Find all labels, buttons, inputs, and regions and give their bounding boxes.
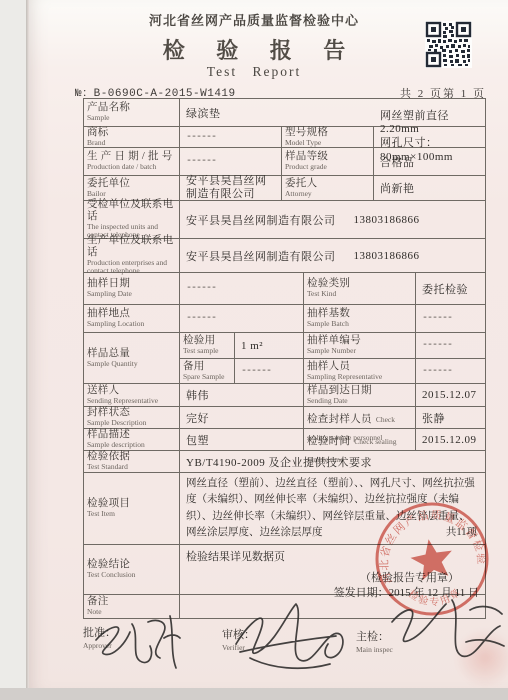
row-brand-model: 商标 Brand ------ 型号规格 Model Type 网丝塑前直径 2…: [84, 126, 485, 147]
subrow-spare-sample: 备用 Spare Sample ------ 抽样人员 Sampling Rep…: [179, 358, 485, 383]
label-sending-representative: 送样人 Sending Representative: [84, 384, 179, 406]
label-sampling-representative: 抽样人员 Sampling Representative: [303, 359, 415, 383]
row-test-conclusion: 检验结论 Test Conclusion 检验结果详见数据页 （检验报告专用章）…: [84, 544, 485, 594]
row-sample-quantity: 样品总量 Sample Quantity 检验用 Test sample 1 m…: [84, 332, 485, 383]
label-production-date: 生 产 日 期 / 批 号 Production date / batch: [84, 148, 179, 175]
paper-edge-seam: [26, 0, 29, 700]
label-sample-quantity: 样品总量 Sample Quantity: [84, 333, 179, 383]
value-sample-description: 包塑: [179, 429, 303, 450]
row-sampling-location-batch: 抽样地点 Sampling Location ------ 抽样基数 Sampl…: [84, 304, 485, 332]
label-test-conclusion: 检验结论 Test Conclusion: [84, 545, 179, 594]
label-product-grade: 样品等级 Product grade: [281, 148, 373, 175]
value-seal-checker: 张静: [415, 407, 485, 428]
label-model-type: 型号规格 Model Type: [281, 127, 373, 147]
value-production-date: ------: [179, 148, 281, 175]
label-sampling-date: 抽样日期 Sampling Date: [84, 273, 179, 304]
row-test-standard: 检验依据 Test Standard YB/T4190-2009 及企业提供技术…: [84, 450, 485, 472]
value-sample-number: ------: [415, 333, 485, 358]
value-test-items: 网丝直径（塑前）、边丝直径（塑前）、、网孔尺寸、网丝抗拉强度（未编织）、网丝伸长…: [179, 473, 485, 544]
row-production-unit: 生产单位及联系电话 Production enterprises and con…: [84, 238, 485, 272]
report-form-table: 产品名称 Sample 绿滨垫 商标 Brand ------ 型号规格 Mod…: [83, 98, 486, 619]
sample-quantity-subgrid: 检验用 Test sample 1 m² 抽样单编号 Sample Number…: [179, 333, 485, 383]
value-sample-batch: ------: [415, 305, 485, 332]
row-inspected-unit: 受检单位及联系电话 The inspected units and contac…: [84, 200, 485, 238]
value-seal-state: 完好: [179, 407, 303, 428]
label-brand: 商标 Brand: [84, 127, 179, 147]
label-attorney: 委托人 Attorney: [281, 176, 373, 200]
label-seal-state: 封样状态 Sample Description: [84, 407, 179, 428]
label-sample: 产品名称 Sample: [84, 99, 179, 126]
value-attorney: 尚新艳: [373, 176, 485, 200]
label-arrival-date: 样品到达日期 Sending Date: [303, 384, 415, 406]
inspected-phone: 13803186866: [354, 214, 420, 226]
value-test-conclusion: 检验结果详见数据页 （检验报告专用章） 签发日期：2015 年 12 月 11 …: [179, 545, 485, 594]
value-arrival-date: 2015.12.07: [415, 384, 485, 406]
value-inspected-unit: 安平县昊昌丝网制造有限公司 13803186866: [179, 201, 485, 238]
label-sampling-location: 抽样地点 Sampling Location: [84, 305, 179, 332]
row-sampling-date-kind: 抽样日期 Sampling Date ------ 检验类别 Test Kind…: [84, 272, 485, 304]
value-bailor: 安平县昊昌丝网制造有限公司: [179, 176, 281, 200]
value-product-grade: 合格品: [373, 148, 485, 175]
stamp-smudge: [455, 628, 508, 688]
scanner-edge-bottom: [0, 688, 508, 700]
conclusion-result: 检验结果详见数据页: [186, 548, 479, 564]
label-test-kind: 检验类别 Test Kind: [303, 273, 415, 304]
qr-code-icon: [425, 21, 472, 68]
label-test-time: 检验时间 Check sealing sample time: [303, 429, 415, 450]
scanned-test-report: 河北省丝网产品质量监督检验中心 检 验 报 告 Test Report: [0, 0, 508, 700]
label-note: 备注 Note: [84, 595, 179, 618]
label-test-sample: 检验用 Test sample: [179, 333, 234, 358]
label-sample-number: 抽样单编号 Sample Number: [303, 333, 415, 358]
subrow-test-sample: 检验用 Test sample 1 m² 抽样单编号 Sample Number…: [179, 333, 485, 358]
verifier-label: 审核： Verifier: [222, 626, 255, 652]
value-production-unit: 安平县昊昌丝网制造有限公司 13803186866: [179, 239, 485, 272]
test-items-count: 共11项: [446, 525, 477, 541]
approver-label: 批准： Approver: [83, 624, 116, 650]
row-sample-description: 样品描述 Sample description 包塑 检验时间 Check se…: [84, 428, 485, 450]
value-test-standard: YB/T4190-2009 及企业提供技术要求: [179, 451, 485, 472]
label-inspected-unit: 受检单位及联系电话 The inspected units and contac…: [84, 201, 179, 238]
row-bailor-attorney: 委托单位 Bailor 安平县昊昌丝网制造有限公司 委托人 Attorney 尚…: [84, 175, 485, 200]
value-sending-representative: 韩伟: [179, 384, 303, 406]
label-test-standard: 检验依据 Test Standard: [84, 451, 179, 472]
value-sampling-date: ------: [179, 273, 303, 304]
producer-phone: 13803186866: [354, 250, 420, 262]
label-spare-sample: 备用 Spare Sample: [179, 359, 234, 383]
conclusion-stamp-note: （检验报告专用章）: [360, 569, 459, 585]
label-bailor: 委托单位 Bailor: [84, 176, 179, 200]
row-seal-state: 封样状态 Sample Description 完好 检查封样人员 Check …: [84, 406, 485, 428]
value-spare-sample: ------: [234, 359, 303, 383]
label-seal-checker: 检查封样人员 Check sealing sample personnel: [303, 407, 415, 428]
value-test-sample: 1 m²: [234, 333, 303, 358]
scanner-edge-left: [0, 0, 26, 700]
row-sending: 送样人 Sending Representative 韩伟 样品到达日期 Sen…: [84, 383, 485, 406]
row-test-items: 检验项目 Test Item 网丝直径（塑前）、边丝直径（塑前）、、网孔尺寸、网…: [84, 472, 485, 544]
value-sampling-location: ------: [179, 305, 303, 332]
label-test-items: 检验项目 Test Item: [84, 473, 179, 544]
value-model-type: 网丝塑前直径 2.20mm 网孔尺寸：80mm×100mm: [373, 127, 485, 147]
label-sample-batch: 抽样基数 Sample Batch: [303, 305, 415, 332]
value-sampling-representative: ------: [415, 359, 485, 383]
value-test-kind: 委托检验: [415, 273, 485, 304]
conclusion-issue-date: 签发日期：2015 年 12 月 11 日: [334, 584, 479, 600]
label-production-unit: 生产单位及联系电话 Production enterprises and con…: [84, 239, 179, 272]
row-production-grade: 生 产 日 期 / 批 号 Production date / batch --…: [84, 147, 485, 175]
label-sample-description: 样品描述 Sample description: [84, 429, 179, 450]
value-brand: ------: [179, 127, 281, 147]
value-test-time: 2015.12.09: [415, 429, 485, 450]
main-inspector-label: 主检： Main inspec: [356, 628, 393, 654]
